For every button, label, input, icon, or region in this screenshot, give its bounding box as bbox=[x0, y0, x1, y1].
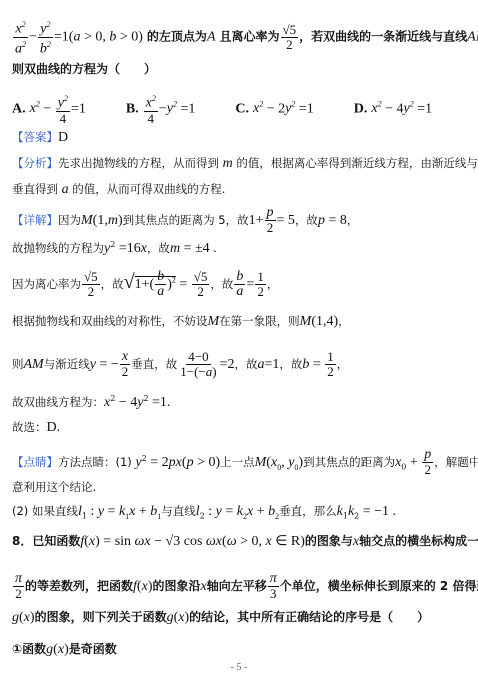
option-b[interactable]: B. x24−y2 =1 bbox=[126, 92, 196, 126]
comment-line3: (2) 如果直线l1 : y = k1x + b1与直线l2 : y = k2x… bbox=[12, 502, 396, 526]
math-fraction: y2b2 bbox=[38, 18, 53, 56]
question8-line1: 8．已知函数f(x) = sin ωx − √3 cos ωx(ω > 0, x… bbox=[12, 532, 478, 551]
detail-line1: 【详解】因为M(1,m)到其焦点的距离为 5，故1+p2= 5，故p = 8， bbox=[12, 206, 358, 235]
stem-text: ，若双曲线的一条渐近线与直线 bbox=[299, 30, 467, 44]
comment-line2: 意利用这个结论. bbox=[12, 478, 96, 496]
stem-text: 的左顶点为 bbox=[147, 30, 207, 44]
stem-text: 且离心率为 bbox=[219, 30, 279, 44]
detail-line6: 故双曲线方程为：x2 − 4y2 =1. bbox=[12, 390, 170, 412]
detail-line5: 则AM与渐近线y = −x2垂直，故4−01−(−a)=2，故a=1，故b = … bbox=[12, 350, 348, 379]
option-c[interactable]: C. x2 − 2y2 =1 bbox=[235, 96, 313, 119]
option-d[interactable]: D. x2 − 4y2 =1 bbox=[354, 96, 432, 119]
analysis-tag: 【分析】 bbox=[12, 156, 58, 170]
comment-line1: 【点睛】方法点睛：(1) y2 = 2px(p > 0)上一点M(x0, y0)… bbox=[12, 448, 478, 477]
question8-item1: ①函数g(x)是奇函数 bbox=[12, 640, 117, 659]
detail-line2: 故抛物线的方程为y2 =16x，故m = ±4 . bbox=[12, 236, 217, 258]
option-a[interactable]: A. x2 − y24=1 bbox=[12, 92, 86, 126]
eccentricity-fraction: √52 bbox=[281, 23, 299, 52]
answer-line: 【答案】D bbox=[12, 128, 68, 147]
question7-options: A. x2 − y24=1 B. x24−y2 =1 C. x2 − 2y2 =… bbox=[12, 92, 468, 126]
line-am: AM bbox=[467, 30, 478, 45]
detail-line3: 因为离心率为√52，故√1+(ba)2 = √52，故ba=12， bbox=[12, 270, 278, 299]
math-fraction: x2a2 bbox=[13, 18, 28, 56]
analysis-line2: 垂直得到 a 的值，从而可得双曲线的方程. bbox=[12, 180, 225, 199]
answer-tag: 【答案】 bbox=[12, 130, 58, 144]
question7-stem-line1: x2a2−y2b2=1(a > 0, b > 0) 的左顶点为A 且离心率为√5… bbox=[12, 18, 478, 56]
detail-tag: 【详解】 bbox=[12, 213, 58, 227]
point-a: A bbox=[207, 30, 216, 45]
answer-value: D bbox=[58, 130, 68, 145]
detail-line7: 故选：D. bbox=[12, 418, 60, 437]
analysis-line1: 【分析】先求出抛物线的方程，从而得到 m 的值，根据离心率得到渐近线方程，由渐近… bbox=[12, 154, 478, 173]
question8-line3: g(x)的图象，则下列关于函数g(x)的结论，其中所有正确结论的序号是（ ） bbox=[12, 608, 429, 627]
question7-stem-line2: 则双曲线的方程为（ ） bbox=[12, 60, 156, 78]
comment-tag: 【点睛】 bbox=[12, 455, 58, 469]
page-number: - 5 - bbox=[0, 662, 478, 673]
detail-line4: 根据抛物线和双曲线的对称性，不妨设M在第一象限，则M(1,4)， bbox=[12, 312, 350, 331]
question8-line2: π2的等差数列，把函数f(x)的图象沿x轴向左平移π3个单位，横坐标伸长到原来的… bbox=[12, 572, 478, 601]
